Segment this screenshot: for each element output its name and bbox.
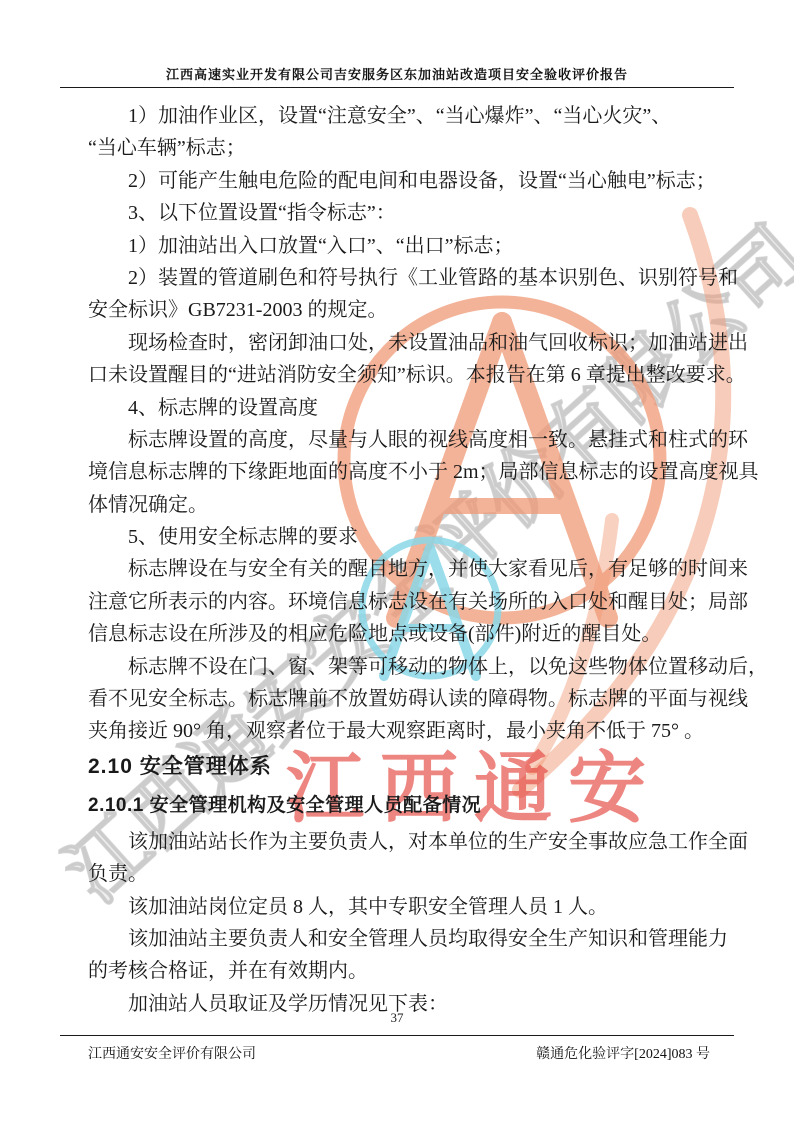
paragraph-line: 标志牌不设在门、窗、架等可移动的物体上，以免这些物体位置移动后，: [88, 651, 728, 683]
paragraph-line: 3、以下位置设置“指令标志”：: [88, 197, 728, 229]
paragraph-line: 2）装置的管道刷色和符号执行《工业管路的基本识别色、识别符号和: [88, 262, 728, 294]
paragraph-line: 2）可能产生触电危险的配电间和电器设备，设置“当心触电”标志；: [88, 165, 728, 197]
paragraph-line: 该加油站岗位定员 8 人，其中专职安全管理人员 1 人。: [88, 891, 728, 923]
paragraph-line: 该加油站主要负责人和安全管理人员均取得安全生产知识和管理能力: [88, 923, 728, 955]
paragraph-line: 注意它所表示的内容。环境信息标志设在有关场所的入口处和醒目处；局部: [88, 586, 728, 618]
header-title: 江西高速实业开发有限公司吉安服务区东加油站改造项目安全验收评价报告: [0, 64, 794, 83]
paragraph-line: 1）加油作业区，设置“注意安全”、“当心爆炸”、“当心火灾”、: [88, 100, 728, 132]
paragraph-line: 境信息标志牌的下缘距地面的高度不小于 2m；局部信息标志的设置高度视具: [88, 456, 728, 488]
paragraph-line: 信息标志设在所涉及的相应危险地点或设备(部件)附近的醒目处。: [88, 618, 728, 650]
footer-doc-number: 赣通危化验评字[2024]083 号: [536, 1043, 710, 1063]
document-body: 1）加油作业区，设置“注意安全”、“当心爆炸”、“当心火灾”、“当心车辆”标志；…: [88, 100, 728, 1020]
footer-company: 江西通安安全评价有限公司: [88, 1043, 256, 1063]
paragraph-line: 看不见安全标志。标志牌前不放置妨碍认读的障碍物。标志牌的平面与视线: [88, 683, 728, 715]
paragraph-line: 夹角接近 90° 角，观察者位于最大观察距离时，最小夹角不低于 75° 。: [88, 715, 728, 747]
header-rule: [60, 87, 734, 88]
report-page: 江西通安安全评价有限公司 江西通安 江西高速实业: [0, 0, 794, 1123]
paragraph-line: 口未设置醒目的“进站消防安全须知”标识。本报告在第 6 章提出整改要求。: [88, 359, 728, 391]
section-heading: 2.10 安全管理体系: [88, 748, 728, 784]
paragraph-line: 标志牌设在与安全有关的醒目地方，并使大家看见后，有足够的时间来: [88, 553, 728, 585]
paragraph-line: “当心车辆”标志；: [88, 132, 728, 164]
paragraph-line: 标志牌设置的高度，尽量与人眼的视线高度相一致。悬挂式和柱式的环: [88, 424, 728, 456]
paragraph-line: 安全标识》GB7231-2003 的规定。: [88, 294, 728, 326]
paragraph-line: 体情况确定。: [88, 489, 728, 521]
paragraph-line: 该加油站站长作为主要负责人，对本单位的生产安全事故应急工作全面: [88, 826, 728, 858]
paragraph-line: 1）加油站出入口放置“入口”、“出口”标志；: [88, 230, 728, 262]
section-heading: 2.10.1 安全管理机构及安全管理人员配备情况: [88, 784, 728, 826]
paragraph-line: 5、使用安全标志牌的要求: [88, 521, 728, 553]
paragraph-line: 负责。: [88, 858, 728, 890]
page-number: 37: [0, 1010, 794, 1026]
paragraph-line: 4、标志牌的设置高度: [88, 392, 728, 424]
paragraph-line: 的考核合格证，并在有效期内。: [88, 955, 728, 987]
footer-rule: [60, 1035, 734, 1036]
paragraph-line: 现场检查时，密闭卸油口处，未设置油品和油气回收标识；加油站进出: [88, 327, 728, 359]
